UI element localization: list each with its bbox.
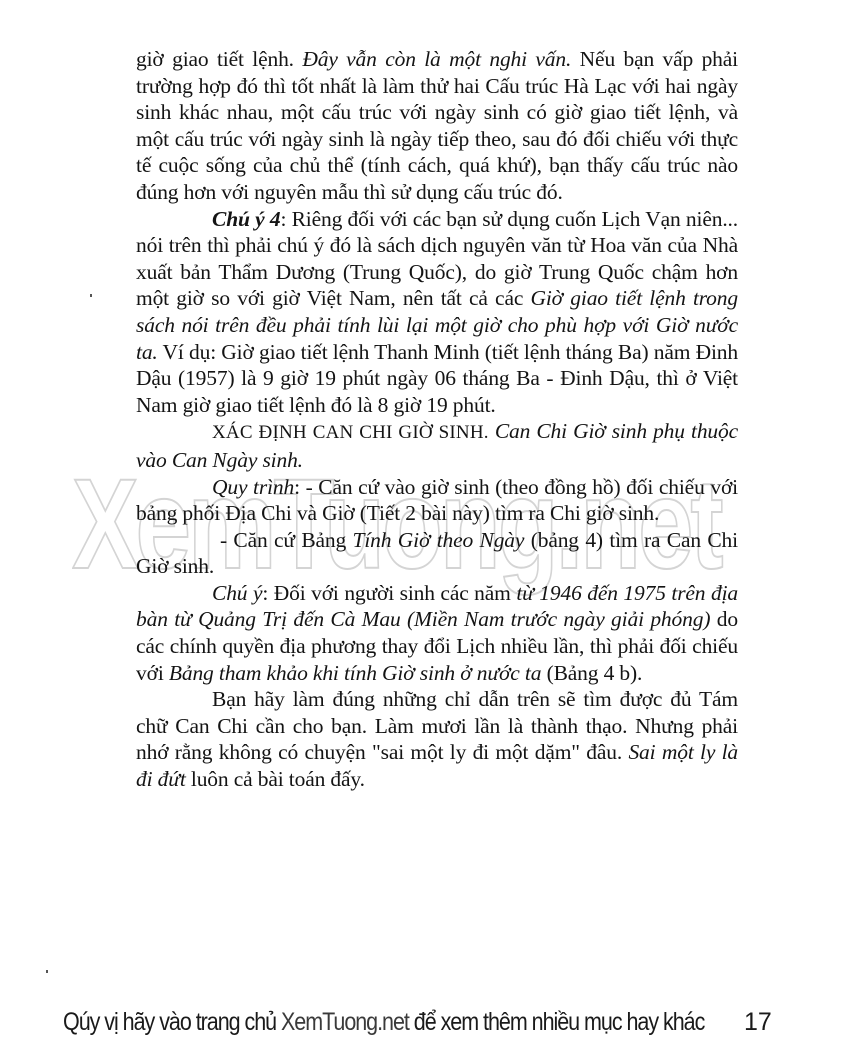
page-body: giờ giao tiết lệnh. Đây vẫn còn là một n… <box>136 46 738 793</box>
paragraph-note: Chú ý: Đối với người sinh các năm từ 194… <box>136 580 738 686</box>
italic-run: Đây vẫn còn là một nghi vấn. <box>302 47 571 71</box>
italic-run: Bảng tham khảo khi tính Giờ sinh ở nước … <box>169 661 541 685</box>
text-run: giờ giao tiết lệnh. <box>136 47 302 71</box>
paragraph-procedure: Quy trình: - Căn cứ vào giờ sinh (theo đ… <box>136 474 738 527</box>
margin-speck <box>46 970 48 973</box>
footer-banner: Qúy vị hãy vào trang chủ XemTuong.net để… <box>63 1006 704 1038</box>
footer-text: Qúy vị hãy vào trang chủ <box>63 1008 281 1036</box>
text-run: (Bảng 4 b). <box>541 661 642 685</box>
italic-run: Tính Giờ theo Ngày <box>353 528 525 552</box>
note-label: Chú ý 4 <box>212 207 280 231</box>
text-run: luôn cả bài toán đấy. <box>186 767 365 791</box>
procedure-label: Quy trình <box>212 475 294 499</box>
section-heading: XÁC ĐỊNH CAN CHI GIỜ SINH. <box>212 422 489 443</box>
note-label: Chú ý <box>212 581 262 605</box>
page-number: 17 <box>744 1006 772 1038</box>
paragraph-procedure-step-2: - Căn cứ Bảng Tính Giờ theo Ngày (bảng 4… <box>136 527 738 580</box>
text-run: Ví dụ: Giờ giao tiết lệnh Thanh Minh (ti… <box>136 340 738 417</box>
paragraph-1: giờ giao tiết lệnh. Đây vẫn còn là một n… <box>136 46 738 206</box>
footer-text: để xem thêm nhiều mục hay khác <box>409 1008 704 1036</box>
margin-speck <box>90 294 92 297</box>
text-run: : Đối với người sinh các năm <box>262 581 516 605</box>
paragraph-section-heading: XÁC ĐỊNH CAN CHI GIỜ SINH. Can Chi Giờ s… <box>136 418 738 473</box>
footer-site-link[interactable]: XemTuong.net <box>281 1008 409 1036</box>
paragraph-closing: Bạn hãy làm đúng những chỉ dẫn trên sẽ t… <box>136 686 738 792</box>
paragraph-note-4: Chú ý 4: Riêng đối với các bạn sử dụng c… <box>136 206 738 419</box>
text-run: - Căn cứ Bảng <box>220 528 353 552</box>
